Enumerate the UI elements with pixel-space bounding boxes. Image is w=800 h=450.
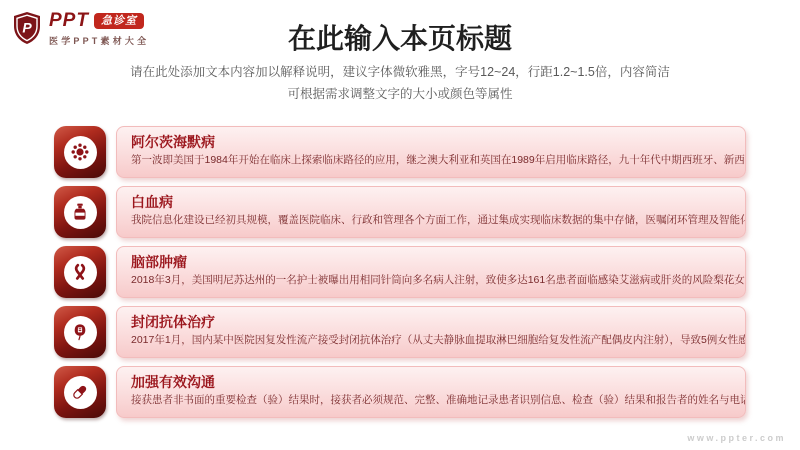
item-body: 2017年1月，国内某中医院因复发性流产接受封闭抗体治疗（从丈夫静脉血提取淋巴细…	[131, 333, 731, 348]
subtitle-line-1: 请在此处添加文本内容加以解释说明，建议字体微软雅黑，字号12~24，行距1.2~…	[0, 61, 800, 83]
awareness-ribbon-icon	[64, 256, 97, 289]
blood-bag-icon	[64, 316, 97, 349]
item-icon-tile	[54, 126, 106, 178]
list-item: 脑部肿瘤 2018年3月，美国明尼苏达州的一名护士被曝出用相同针筒向多名病人注射…	[54, 246, 746, 298]
subtitle-line-2: 可根据需求调整文字的大小或颜色等属性	[0, 83, 800, 105]
item-body: 我院信息化建设已经初具规模，覆盖医院临床、行政和管理各个方面工作，通过集成实现临…	[131, 213, 731, 228]
virus-icon	[64, 136, 97, 169]
item-icon-tile	[54, 186, 106, 238]
item-body: 第一波即美国于1984年开始在临床上探索临床路径的应用，继之澳大利亚和英国在19…	[131, 153, 731, 168]
item-icon-tile	[54, 246, 106, 298]
page-subtitle: 请在此处添加文本内容加以解释说明，建议字体微软雅黑，字号12~24，行距1.2~…	[0, 61, 800, 105]
capsule-icon	[64, 376, 97, 409]
list-item: 加强有效沟通 接获患者非书面的重要检查（验）结果时，接获者必须规范、完整、准确地…	[54, 366, 746, 418]
list-item: 阿尔茨海默病 第一波即美国于1984年开始在临床上探索临床路径的应用，继之澳大利…	[54, 126, 746, 178]
footer-url: www.ppter.com	[687, 433, 786, 443]
item-body: 2018年3月，美国明尼苏达州的一名护士被曝出用相同针筒向多名病人注射，致使多达…	[131, 273, 731, 288]
item-title: 白血病	[131, 192, 731, 212]
item-card: 加强有效沟通 接获患者非书面的重要检查（验）结果时，接获者必须规范、完整、准确地…	[116, 366, 746, 418]
list-item: 白血病 我院信息化建设已经初具规模，覆盖医院临床、行政和管理各个方面工作，通过集…	[54, 186, 746, 238]
item-card: 阿尔茨海默病 第一波即美国于1984年开始在临床上探索临床路径的应用，继之澳大利…	[116, 126, 746, 178]
slide: P PPT 急诊室 医学PPT素材大全 在此输入本页标题 请在此处添加文本内容加…	[0, 0, 800, 450]
item-card: 脑部肿瘤 2018年3月，美国明尼苏达州的一名护士被曝出用相同针筒向多名病人注射…	[116, 246, 746, 298]
item-card: 封闭抗体治疗 2017年1月，国内某中医院因复发性流产接受封闭抗体治疗（从丈夫静…	[116, 306, 746, 358]
item-icon-tile	[54, 366, 106, 418]
list-item: 封闭抗体治疗 2017年1月，国内某中医院因复发性流产接受封闭抗体治疗（从丈夫静…	[54, 306, 746, 358]
item-title: 阿尔茨海默病	[131, 132, 731, 152]
item-title: 脑部肿瘤	[131, 252, 731, 272]
item-list: 阿尔茨海默病 第一波即美国于1984年开始在临床上探索临床路径的应用，继之澳大利…	[54, 126, 746, 418]
item-card: 白血病 我院信息化建设已经初具规模，覆盖医院临床、行政和管理各个方面工作，通过集…	[116, 186, 746, 238]
item-title: 加强有效沟通	[131, 372, 731, 392]
page-title: 在此输入本页标题	[0, 22, 800, 56]
item-title: 封闭抗体治疗	[131, 312, 731, 332]
item-icon-tile	[54, 306, 106, 358]
medicine-bottle-icon	[64, 196, 97, 229]
item-body: 接获患者非书面的重要检查（验）结果时，接获者必须规范、完整、准确地记录患者识别信…	[131, 393, 731, 408]
